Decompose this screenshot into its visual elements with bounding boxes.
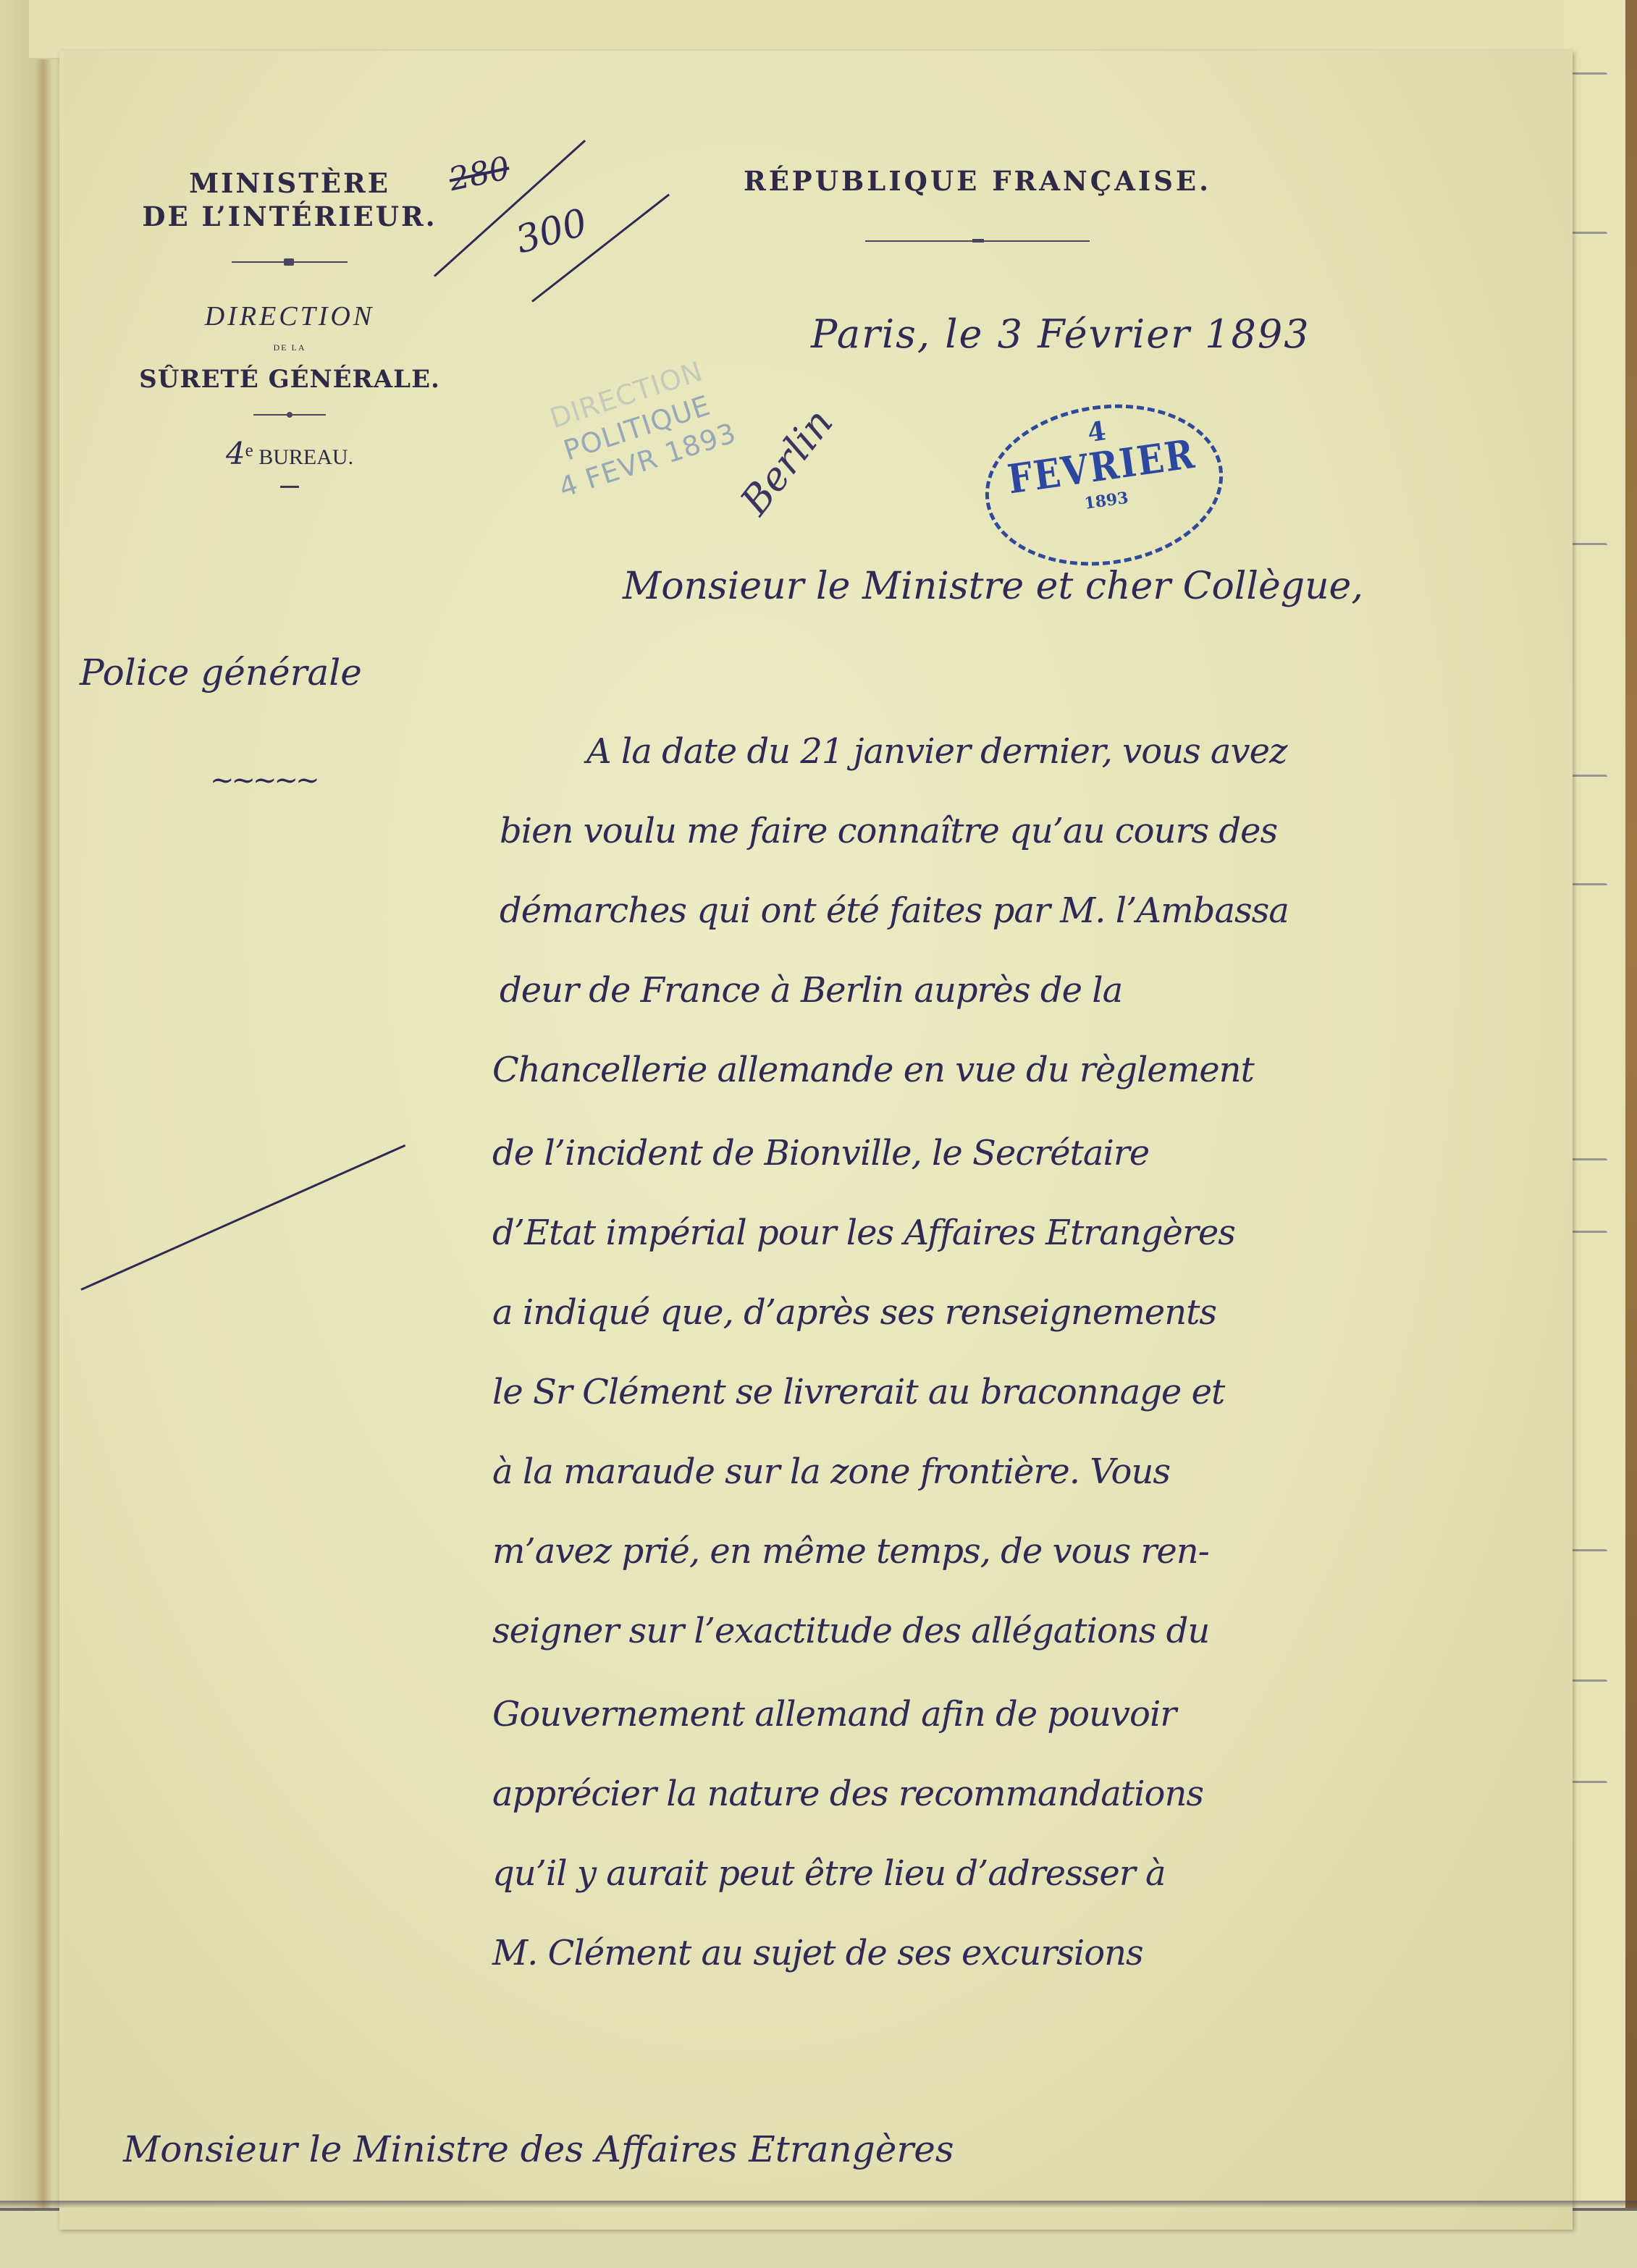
- short-dash-divider: [280, 486, 299, 488]
- body-line: deur de France à Berlin auprès de la: [500, 970, 1122, 1011]
- body-line: apprécier la nature des recommandations: [492, 1774, 1203, 1814]
- ministry-name-line2: DE L’INTÉRIEUR.: [101, 200, 478, 233]
- date-line: Paris, le 3 Février 1893: [811, 311, 1310, 357]
- ornament-rule-icon: [865, 240, 1090, 242]
- body-line: bien voulu me faire connaître qu’au cour…: [500, 811, 1277, 851]
- wavy-flourish-icon: ~~~~~: [210, 764, 317, 797]
- bureau-suffix: e: [245, 441, 253, 460]
- republic-title: RÉPUBLIQUE FRANÇAISE.: [623, 165, 1332, 197]
- body-line: à la maraude sur la zone frontière. Vous: [492, 1451, 1170, 1492]
- page-fold-shadow: [0, 2201, 1637, 2208]
- de-la-label: DE LA: [101, 342, 478, 353]
- body-line: A la date du 21 janvier dernier, vous av…: [586, 731, 1287, 772]
- body-line: d’Etat impérial pour les Affaires Etrang…: [492, 1213, 1235, 1253]
- salutation: Monsieur le Ministre et cher Collègue,: [623, 565, 1363, 608]
- body-line: Chancellerie allemande en vue du règleme…: [492, 1050, 1254, 1090]
- body-line: de l’incident de Bionville, le Secrétair…: [492, 1133, 1149, 1173]
- letterhead-right: RÉPUBLIQUE FRANÇAISE.: [623, 165, 1332, 242]
- direction-label: DIRECTION: [101, 300, 478, 332]
- body-line: démarches qui ont été faites par M. l’Am…: [500, 890, 1289, 931]
- wooden-surface: [1625, 0, 1637, 2268]
- body-line: a indiqué que, d’après ses renseignement…: [492, 1292, 1216, 1333]
- ministry-name-line1: MINISTÈRE: [101, 166, 478, 200]
- body-line: m’avez prié, en même temps, de vous ren-: [492, 1531, 1209, 1572]
- ornament-dot-divider-icon: [253, 414, 326, 416]
- body-line: M. Clément au sujet de ses excursions: [492, 1933, 1143, 1973]
- letterhead-left: MINISTÈRE DE L’INTÉRIEUR. DIRECTION DE L…: [101, 166, 478, 488]
- surete-generale-label: SÛRETÉ GÉNÉRALE.: [101, 365, 478, 394]
- bureau-label: 4e BUREAU.: [101, 436, 478, 471]
- body-line: le Sr Clément se livrerait au braconnage…: [492, 1372, 1224, 1412]
- ornament-divider-icon: [232, 260, 348, 264]
- body-line: Gouvernement allemand afin de pouvoir: [492, 1694, 1176, 1734]
- margin-note-police-generale: Police générale: [80, 652, 362, 694]
- bureau-text: BUREAU.: [258, 445, 353, 469]
- body-line: seigner sur l’exactitude des allégations…: [492, 1611, 1209, 1651]
- body-line: qu’il y aurait peut être lieu d’adresser…: [492, 1853, 1166, 1894]
- addressee-line: Monsieur le Ministre des Affaires Etrang…: [123, 2128, 954, 2170]
- bureau-number: 4: [226, 436, 245, 471]
